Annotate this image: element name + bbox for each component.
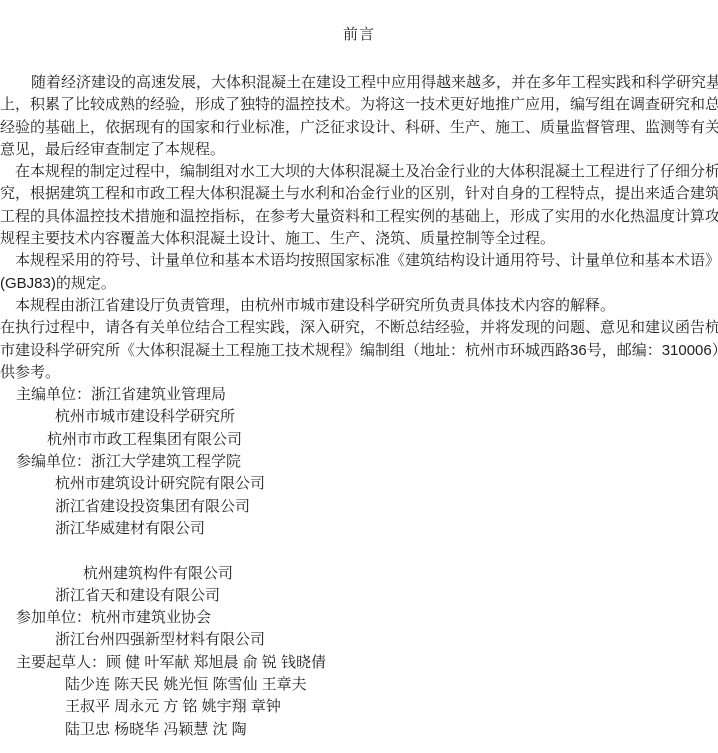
text-line: 供参考。: [0, 362, 718, 384]
text-line: 杭州建筑构件有限公司: [83, 563, 718, 585]
text-line: 杭州市市政工程集团有限公司: [47, 429, 718, 451]
text-line: 浙江省天和建设有限公司: [55, 585, 718, 607]
page-title: 前言: [0, 24, 718, 46]
text-line: 浙江华威建材有限公司: [55, 518, 718, 540]
text-line: 意见，最后经审查制定了本规程。: [0, 139, 718, 161]
text-line: 在执行过程中，请各有关单位结合工程实践，深入研究，不断总结经验，并将发现的问题、…: [0, 317, 718, 339]
text-line: 杭州市建筑设计研究院有限公司: [55, 473, 718, 495]
document-body: 随着经济建设的高速发展，大体积混凝土在建设工程中应用得越来越多，并在多年工程实践…: [0, 72, 718, 741]
text-line: 本规程采用的符号、计量单位和基本术语均按照国家标准《建筑结构设计通用符号、计量单…: [15, 250, 718, 272]
text-line: 浙江台州四强新型材料有限公司: [55, 629, 718, 651]
text-line: 上，积累了比较成熟的经验，形成了独特的温控技术。为将这一技术更好地推广应用，编写…: [0, 94, 718, 116]
text-line: 市建设科学研究所《大体积混凝土工程施工技术规程》编制组（地址：杭州市环城西路36…: [0, 340, 718, 362]
blank-line: [0, 540, 718, 562]
text-line: 经验的基础上，依据现有的国家和行业标准，广泛征求设计、科研、生产、施工、质量监督…: [0, 117, 718, 139]
text-line: 本规程由浙江省建设厅负责管理，由杭州市城市建设科学研究所负责具体技术内容的解释。: [15, 295, 718, 317]
text-line: 参编单位：浙江大学建筑工程学院: [16, 451, 718, 473]
text-line: 工程的具体温控技术措施和温控指标，在参考大量资料和工程实例的基础上，形成了实用的…: [0, 206, 718, 228]
text-line: 在本规程的制定过程中，编制组对水工大坝的大体积混凝土及冶金行业的大体积混凝土工程…: [15, 161, 718, 183]
text-line: 究，根据建筑工程和市政工程大体积混凝土与水利和冶金行业的区别，针对自身的工程特点…: [0, 183, 718, 205]
text-line: 参加单位：杭州市建筑业协会: [16, 607, 718, 629]
text-line: 杭州市城市建设科学研究所: [55, 406, 718, 428]
text-line: 陆少连 陈天民 姚光恒 陈雪仙 王章夫: [65, 674, 718, 696]
text-line: 王叔平 周永元 方 铭 姚宇翔 章钟: [65, 696, 718, 718]
text-line: 陆卫忠 杨晓华 冯颖慧 沈 陶: [65, 719, 718, 741]
document-page: 前言 随着经济建设的高速发展，大体积混凝土在建设工程中应用得越来越多，并在多年工…: [0, 0, 718, 753]
text-line: 随着经济建设的高速发展，大体积混凝土在建设工程中应用得越来越多，并在多年工程实践…: [31, 72, 718, 94]
text-line: 主编单位：浙江省建筑业管理局: [16, 384, 718, 406]
text-line: 规程主要技术内容覆盖大体积混凝土设计、施工、生产、浇筑、质量控制等全过程。: [0, 228, 718, 250]
text-line: (GBJ83)的规定。: [0, 273, 718, 295]
text-line: 主要起草人：顾 健 叶军献 郑旭晨 俞 锐 钱晓倩: [16, 652, 718, 674]
text-line: 浙江省建设投资集团有限公司: [55, 496, 718, 518]
